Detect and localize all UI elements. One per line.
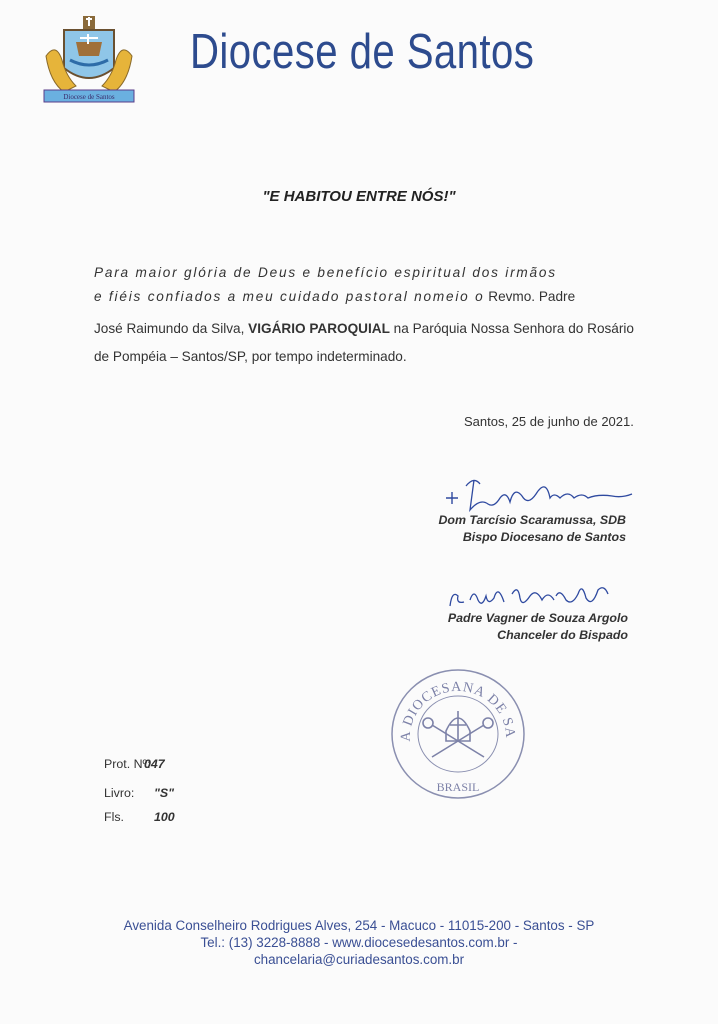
body-line-1: Para maior glória de Deus e benefício es… [94, 265, 654, 280]
protocol-value: 047 [144, 757, 165, 771]
svg-text:Diocese de Santos: Diocese de Santos [63, 93, 115, 101]
book-label: Livro: [104, 786, 134, 800]
bishop-signature-icon [440, 474, 650, 518]
body-line-2: e fiéis confiados a meu cuidado pastoral… [94, 289, 654, 304]
body-line-2-plain: Revmo. Padre [484, 289, 575, 304]
book-row: Livro:"S" [104, 786, 134, 800]
parish-text: na Paróquia Nossa Senhora do Rosário [390, 321, 634, 336]
diocese-crest-icon: Diocese de Santos [42, 16, 136, 104]
footer-contact-line: Tel.: (13) 3228-8888 - www.diocesedesant… [0, 934, 718, 951]
body-line-3: José Raimundo da Silva, VIGÁRIO PAROQUIA… [94, 321, 654, 336]
brand-title: Diocese de Santos [190, 24, 534, 80]
footer-email-line: chancelaria@curiadesantos.com.br [0, 951, 718, 968]
signatory-1-title: Bispo Diocesano de Santos [463, 530, 626, 544]
signatory-2-title: Chanceler do Bispado [497, 628, 628, 642]
signatory-1-name: Dom Tarcísio Scaramussa, SDB [438, 513, 626, 527]
footer-address-line: Avenida Conselheiro Rodrigues Alves, 254… [0, 917, 718, 934]
appointment-role: VIGÁRIO PAROQUIAL [248, 321, 390, 336]
svg-text:BRASIL: BRASIL [437, 780, 480, 794]
mitre-crossed-keys-icon [423, 711, 493, 757]
document-date: Santos, 25 de junho de 2021. [464, 414, 634, 429]
body-line-2-italic: e fiéis confiados a meu cuidado pastoral… [94, 289, 484, 304]
signatory-2-name: Padre Vagner de Souza Argolo [448, 611, 628, 625]
book-value: "S" [154, 786, 174, 800]
pages-row: Fls.100 [104, 810, 124, 824]
footer-address: Avenida Conselheiro Rodrigues Alves, 254… [0, 917, 718, 968]
pages-value: 100 [154, 810, 175, 824]
body-line-4: de Pompéia – Santos/SP, por tempo indete… [94, 349, 654, 364]
protocol-number-row: Prot. Nº:047 [104, 757, 151, 771]
pages-label: Fls. [104, 810, 124, 824]
appointee-name: José Raimundo da Silva, [94, 321, 248, 336]
curia-seal-stamp: CURIA DIOCESANA DE SANTOS BRASIL [388, 667, 528, 801]
document-motto: "E HABITOU ENTRE NÓS!" [0, 188, 718, 205]
